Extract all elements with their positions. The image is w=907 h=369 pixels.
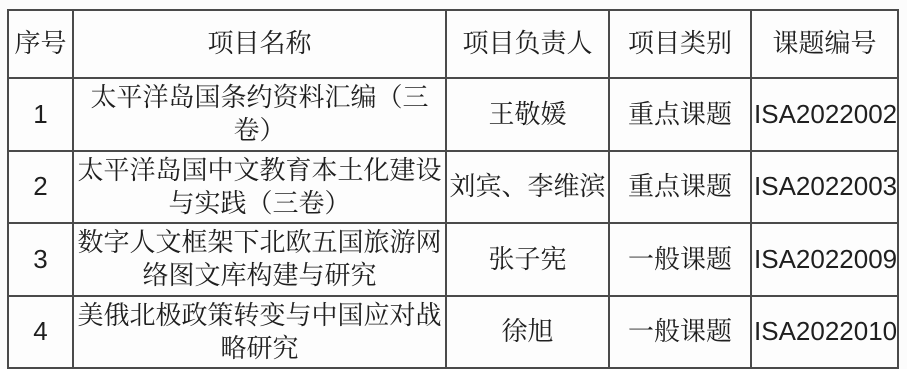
cell-index: 1: [8, 78, 73, 151]
cell-index: 2: [8, 151, 73, 224]
cell-project-name: 数字人文框架下北欧五国旅游网络图文库构建与研究: [73, 223, 446, 296]
cell-project-name: 美俄北极政策转变与中国应对战略研究: [73, 296, 446, 369]
cell-project-code: ISA2022010: [751, 296, 898, 369]
table-header-row: 序号 项目名称 项目负责人 项目类别 课题编号: [8, 10, 898, 78]
project-approval-table: 序号 项目名称 项目负责人 项目类别 课题编号 1 太平洋岛国条约资料汇编（三卷…: [7, 9, 899, 369]
table-row: 1 太平洋岛国条约资料汇编（三卷） 王敬媛 重点课题 ISA2022002: [8, 78, 898, 151]
cell-project-name: 太平洋岛国条约资料汇编（三卷）: [73, 78, 446, 151]
header-project-category: 项目类别: [609, 10, 751, 78]
cell-project-code: ISA2022002: [751, 78, 898, 151]
cell-project-code: ISA2022009: [751, 223, 898, 296]
cell-project-category: 一般课题: [609, 296, 751, 369]
cell-project-category: 重点课题: [609, 151, 751, 224]
cell-project-category: 一般课题: [609, 223, 751, 296]
cell-project-leader: 王敬媛: [446, 78, 609, 151]
table-row: 4 美俄北极政策转变与中国应对战略研究 徐旭 一般课题 ISA2022010: [8, 296, 898, 369]
cell-project-leader: 徐旭: [446, 296, 609, 369]
cell-project-name: 太平洋岛国中文教育本土化建设与实践（三卷）: [73, 151, 446, 224]
header-project-leader: 项目负责人: [446, 10, 609, 78]
cell-project-leader: 张子宪: [446, 223, 609, 296]
cell-project-leader: 刘宾、李维滨: [446, 151, 609, 224]
cell-index: 3: [8, 223, 73, 296]
header-project-name: 项目名称: [73, 10, 446, 78]
cell-index: 4: [8, 296, 73, 369]
table-row: 2 太平洋岛国中文教育本土化建设与实践（三卷） 刘宾、李维滨 重点课题 ISA2…: [8, 151, 898, 224]
table-row: 3 数字人文框架下北欧五国旅游网络图文库构建与研究 张子宪 一般课题 ISA20…: [8, 223, 898, 296]
header-index: 序号: [8, 10, 73, 78]
header-project-code: 课题编号: [751, 10, 898, 78]
cell-project-category: 重点课题: [609, 78, 751, 151]
document-page: 序号 项目名称 项目负责人 项目类别 课题编号 1 太平洋岛国条约资料汇编（三卷…: [0, 0, 907, 369]
cell-project-code: ISA2022003: [751, 151, 898, 224]
